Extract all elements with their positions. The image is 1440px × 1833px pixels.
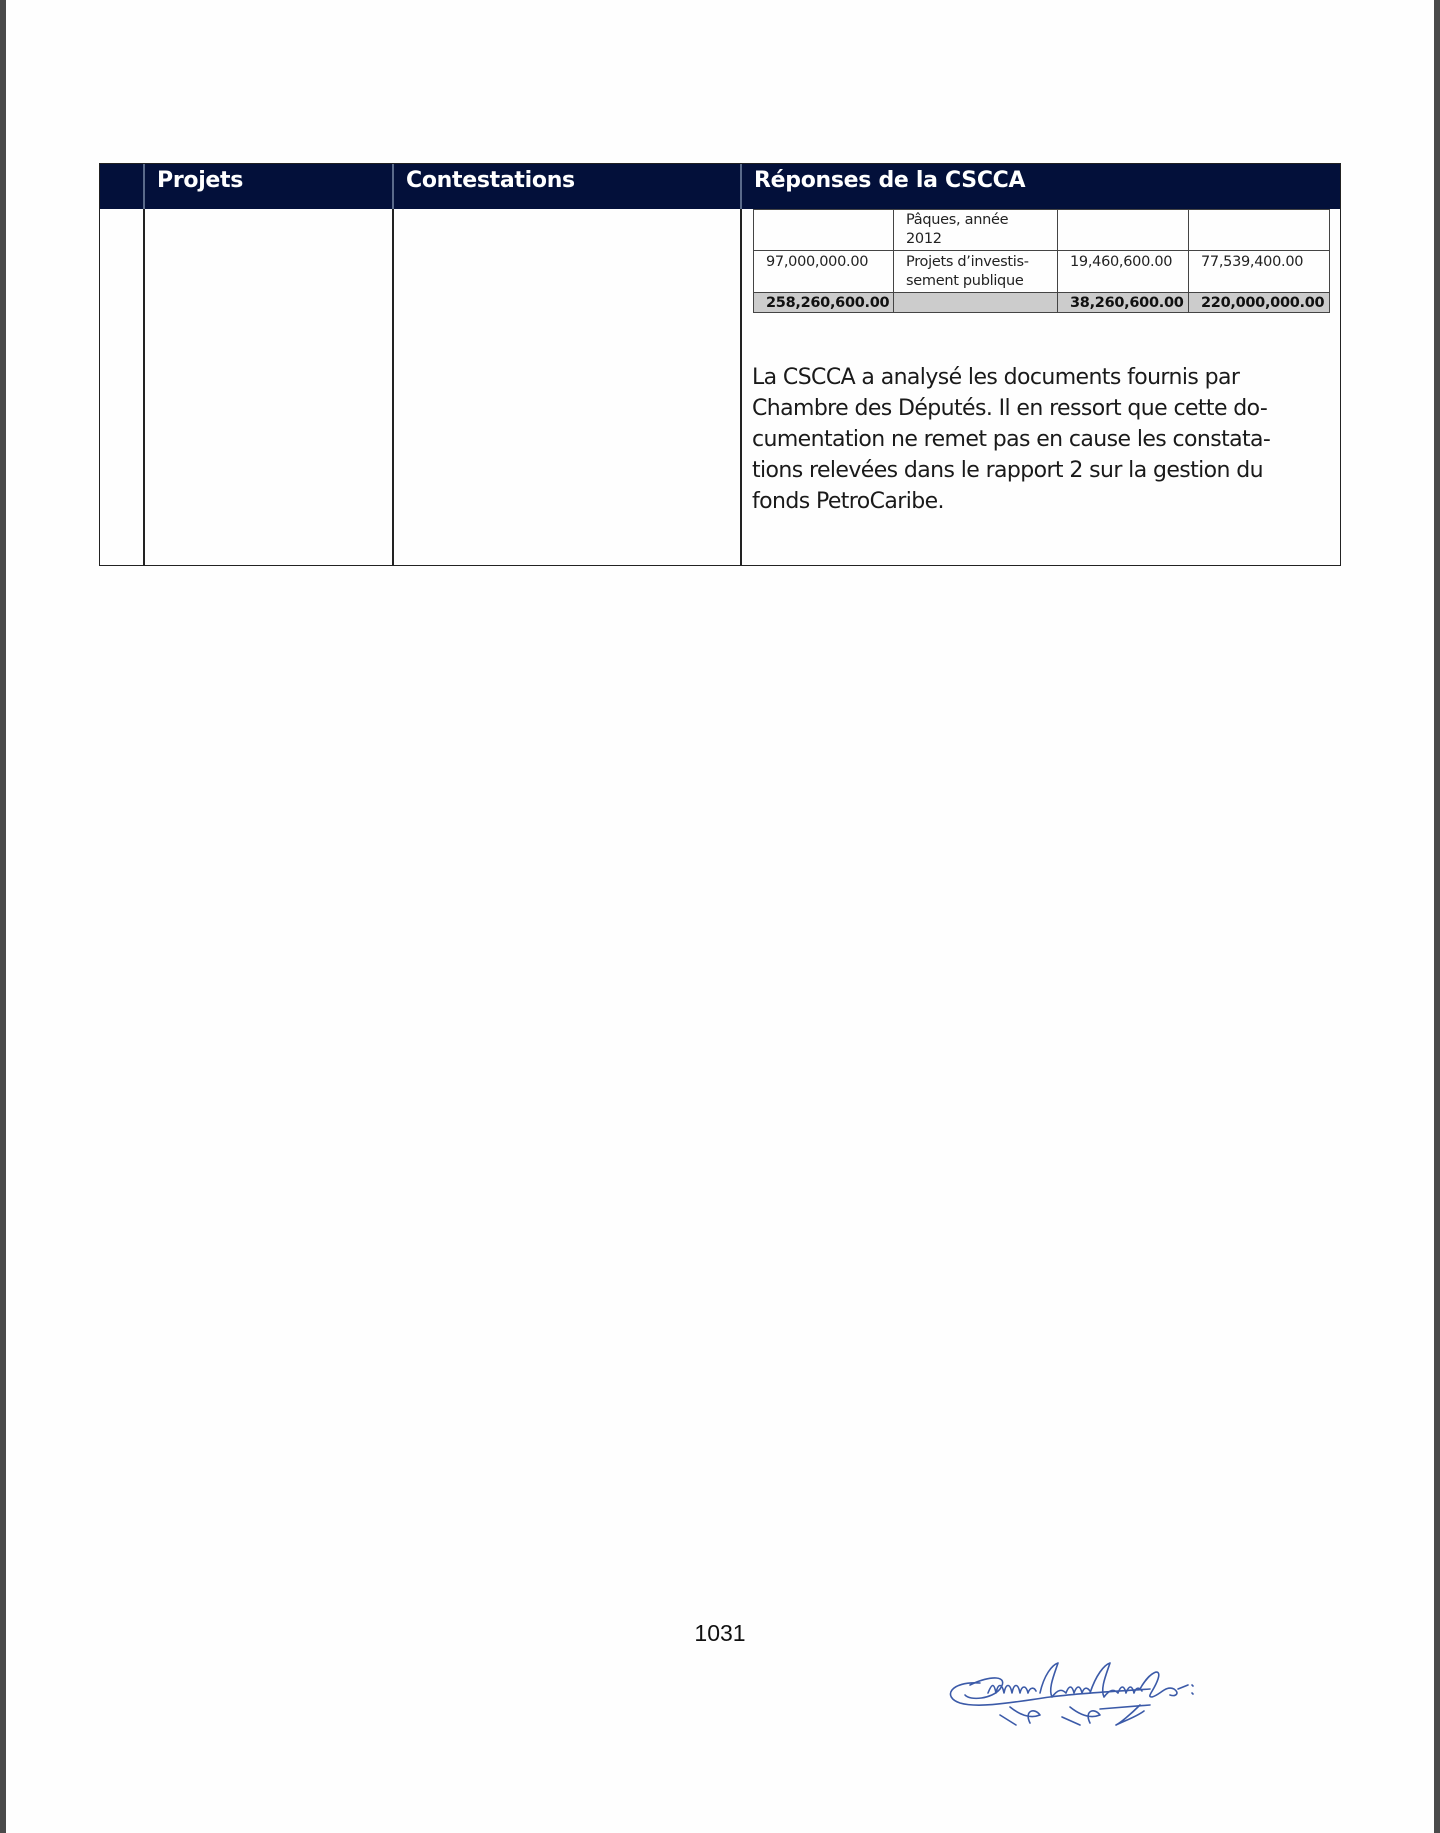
total-amount-cell: 258,260,600.00 [754,293,894,313]
conclusion-line: fonds PetroCaribe. [752,486,1332,517]
amount-cell: 97,000,000.00 [754,251,894,293]
table-row: 97,000,000.00 Projets d’investis-sement … [754,251,1330,293]
page-number: 1031 [660,1620,780,1647]
header-contestations: Contestations [393,164,741,209]
conclusion-paragraph: La CSCCA a analysé les documents fournis… [752,362,1332,517]
total-amount-cell: 38,260,600.00 [1058,293,1189,313]
conclusion-line: Chambre des Députés. Il en ressort que c… [752,393,1332,424]
header-projets: Projets [144,164,393,209]
amount-cell [754,210,894,251]
amount-cell [1189,210,1330,251]
header-divider [392,164,394,209]
viewer-right-edge [1434,0,1440,1833]
column-divider [392,209,394,565]
table-row: Pâques, année 2012 [754,210,1330,251]
total-amount-cell: 220,000,000.00 [1189,293,1330,313]
column-divider [740,209,742,565]
header-divider [740,164,742,209]
total-row: 258,260,600.00 38,260,600.00 220,000,000… [754,293,1330,313]
signature-icon [940,1645,1240,1745]
description-cell: Projets d’investis-sement publique [894,251,1058,293]
total-description-cell [894,293,1058,313]
column-divider [143,209,145,565]
amount-cell [1058,210,1189,251]
header-index-cell [100,164,144,209]
amount-cell: 77,539,400.00 [1189,251,1330,293]
amounts-table: Pâques, année 2012 97,000,000.00 Projets… [753,209,1330,313]
conclusion-line: cumentation ne remet pas en cause les co… [752,424,1332,455]
header-reponses: Réponses de la CSCCA [741,164,1339,209]
table-header-row: Projets Contestations Réponses de la CSC… [100,164,1340,209]
description-cell: Pâques, année 2012 [894,210,1058,251]
conclusion-line: La CSCCA a analysé les documents fournis… [752,362,1332,393]
viewer-left-edge [0,0,6,1833]
conclusion-line: tions relevées dans le rapport 2 sur la … [752,455,1332,486]
header-divider [143,164,145,209]
amount-cell: 19,460,600.00 [1058,251,1189,293]
